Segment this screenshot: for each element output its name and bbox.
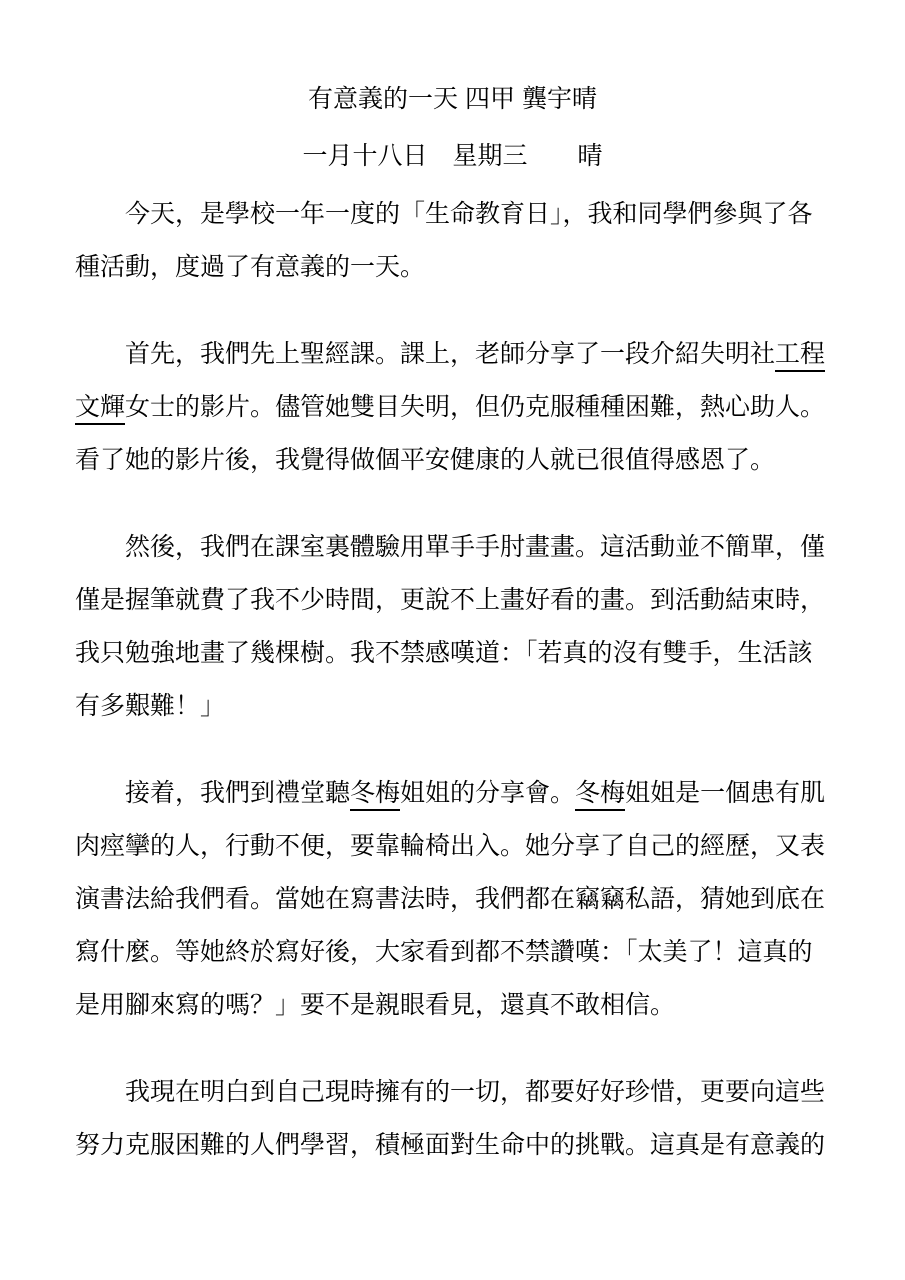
text-line: 僅是握筆就費了我不少時間，更說不上畫好看的畫。到活動結束時， <box>75 574 830 627</box>
text-segment: 首先，我們先上聖經課。課上，老師分享了一段介紹失明社 <box>125 340 775 368</box>
underlined-proper-name: 冬梅 <box>575 779 625 811</box>
text-line: 種活動，度過了有意義的一天。 <box>75 241 830 294</box>
text-line: 演書法給我們看。當她在寫書法時，我們都在竊竊私語，猜她到底在 <box>75 873 830 926</box>
text-line: 首先，我們先上聖經課。課上，老師分享了一段介紹失明社工程 <box>75 328 830 381</box>
essay-title: 有意義的一天 四甲 龔宇晴 <box>75 73 830 126</box>
underlined-proper-name: 工程 <box>775 340 825 372</box>
paragraph-conclusion: 我現在明白到自己現時擁有的一切，都要好好珍惜，更要向這些 努力克服困難的人們學習… <box>75 1066 830 1172</box>
text-segment: 女士的影片。儘管她雙目失明，但仍克服種種困難，熱心助人。 <box>125 393 825 421</box>
text-line: 我現在明白到自己現時擁有的一切，都要好好珍惜，更要向這些 <box>75 1066 830 1119</box>
text-segment: 姐姐是一個患有肌 <box>625 779 825 807</box>
paragraph-bible-class: 首先，我們先上聖經課。課上，老師分享了一段介紹失明社工程 文輝女士的影片。儘管她… <box>75 328 830 487</box>
text-line: 今天，是學校一年一度的「生命教育日」，我和同學們參與了各 <box>75 188 830 241</box>
text-line: 看了她的影片後，我覺得做個平安健康的人就已很值得感恩了。 <box>75 434 830 487</box>
text-line: 然後，我們在課室裏體驗用單手手肘畫畫。這活動並不簡單，僅 <box>75 521 830 574</box>
text-line: 有多艱難！」 <box>75 680 830 733</box>
text-line: 接着，我們到禮堂聽冬梅姐姐的分享會。冬梅姐姐是一個患有肌 <box>75 767 830 820</box>
text-line: 努力克服困難的人們學習，積極面對生命中的挑戰。這真是有意義的 <box>75 1119 830 1172</box>
text-segment: 接着，我們到禮堂聽 <box>125 779 350 807</box>
paragraph-elbow-drawing: 然後，我們在課室裏體驗用單手手肘畫畫。這活動並不簡單，僅 僅是握筆就費了我不少時… <box>75 521 830 733</box>
paragraph-intro: 今天，是學校一年一度的「生命教育日」，我和同學們參與了各 種活動，度過了有意義的… <box>75 188 830 294</box>
text-line: 寫什麼。等她終於寫好後，大家看到都不禁讚嘆：「太美了！這真的 <box>75 926 830 979</box>
document-page: 有意義的一天 四甲 龔宇晴 一月十八日 星期三 晴 今天，是學校一年一度的「生命… <box>0 0 905 1280</box>
date-weather-line: 一月十八日 星期三 晴 <box>75 130 830 183</box>
underlined-proper-name: 冬梅 <box>350 779 400 811</box>
text-segment: 姐姐的分享會。 <box>400 779 575 807</box>
paragraph-sharing-session: 接着，我們到禮堂聽冬梅姐姐的分享會。冬梅姐姐是一個患有肌 肉痙攣的人，行動不便，… <box>75 767 830 1032</box>
text-line: 是用腳來寫的嗎？」要不是親眼看見，還真不敢相信。 <box>75 979 830 1032</box>
text-line: 文輝女士的影片。儘管她雙目失明，但仍克服種種困難，熱心助人。 <box>75 381 830 434</box>
underlined-proper-name: 文輝 <box>75 393 125 425</box>
text-line: 肉痙攣的人，行動不便，要靠輪椅出入。她分享了自己的經歷，又表 <box>75 820 830 873</box>
text-line: 我只勉強地畫了幾棵樹。我不禁感嘆道：「若真的沒有雙手，生活該 <box>75 627 830 680</box>
